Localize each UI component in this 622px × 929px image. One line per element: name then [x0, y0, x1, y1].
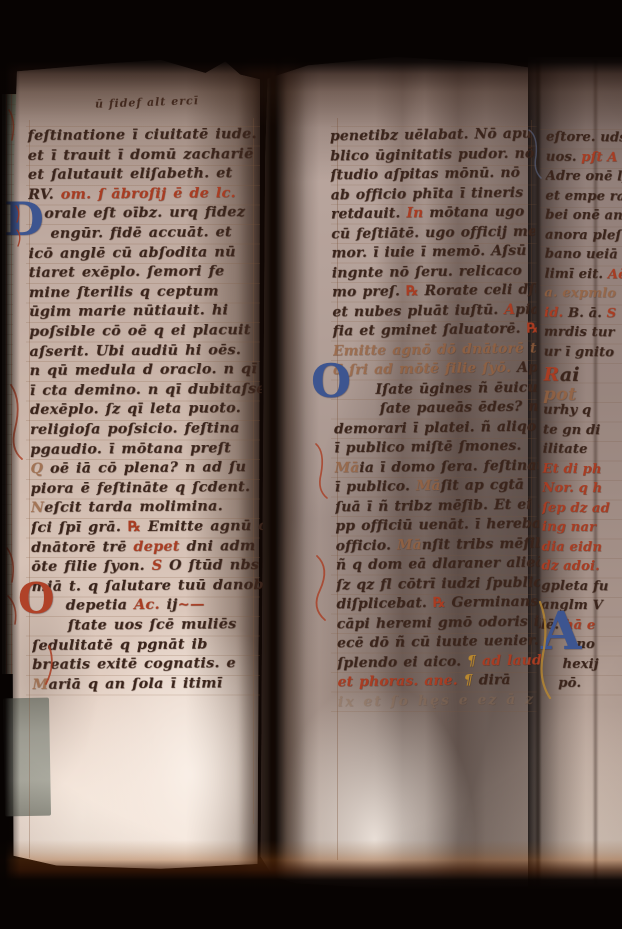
ruling-vertical-line — [531, 120, 532, 660]
text-segment: ad lauder — [476, 652, 542, 669]
text-segment: pgaudio. ī mōtana preſt — [30, 439, 231, 458]
manuscript-line: breatis exitē cognatis. e — [32, 654, 236, 673]
manuscript-line: blico ūginitatis pudor. nō — [330, 145, 534, 164]
text-segment: depetia — [66, 597, 135, 615]
manuscript-line: mrdis tur — [544, 325, 615, 341]
text-segment: penetibz uēlabat. Nō apu — [330, 126, 532, 145]
text-segment: A — [504, 301, 515, 317]
ruling-vertical-line — [253, 118, 254, 824]
text-segment: Iſate ūgines ñ ēuicur — [375, 379, 542, 397]
manuscript-line: ſep dz ad — [542, 500, 610, 516]
margin-flourish-red — [11, 385, 22, 459]
manuscript-photo: ū fidef alt ercī feſtinatione ī ciuitatē… — [0, 0, 622, 929]
manuscript-line: ſtudio aſpitas mōnū. nō — [330, 165, 520, 184]
text-segment: dz adoi. — [541, 559, 599, 575]
manuscript-line: id. B. ā. S — [544, 305, 616, 321]
manuscript-line: ſate paueās ēdes? nō — [380, 398, 543, 416]
text-segment: R — [543, 364, 560, 386]
text-segment: ℞ — [433, 595, 452, 611]
text-segment: lē. — [541, 617, 564, 632]
text-segment: aſserit. Ubi audiū hi oēs. — [29, 341, 241, 360]
manuscript-line: et empe rac — [545, 188, 622, 204]
manuscript-line: piora ē feſtināte q ſcdent. — [31, 478, 251, 497]
text-segment: nno — [567, 637, 595, 652]
manuscript-line: Mariā q an ſola ī itimī — [32, 674, 222, 693]
text-segment: ſci ſpī grā. — [31, 518, 128, 536]
manuscript-line: lē. hā e — [541, 617, 596, 633]
text-segment: ī cta demino. n qī dubitaſse — [30, 380, 265, 399]
text-segment: hexij — [562, 656, 598, 671]
text-segment: demorari ī platei. ñ aliqo — [334, 418, 536, 437]
manuscript-line: d ſri ad mōtē filie ſyō. Apiat — [333, 359, 542, 378]
text-segment: g — [618, 247, 622, 262]
ruling-vertical-line — [337, 118, 338, 860]
text-segment: poſsible cō oē q ei placuit — [29, 321, 251, 340]
manuscript-line: Nor. q h — [542, 481, 602, 497]
manuscript-line: orale eſt oībz. urq fidez — [44, 204, 245, 223]
manuscript-line: fia et gminet ſaluatorē. ℞ — [333, 321, 540, 340]
initial-penwork-red — [16, 206, 20, 246]
manuscript-line: pgaudio. ī mōtana preſt — [30, 439, 231, 458]
manuscript-line: retdauit. In mōtana ugo — [331, 204, 525, 223]
illuminated-initial: O — [18, 578, 55, 620]
text-segment: RV. — [28, 186, 61, 203]
text-segment: S — [152, 557, 170, 574]
right-page — [258, 57, 536, 890]
text-segment: et ſalutauit eliſabeth. et — [28, 164, 233, 183]
page-fold-crease — [536, 60, 540, 886]
text-segment: ſz qz fl cōtrī iudzi ſpublico — [336, 574, 542, 593]
manuscript-line: limī eit. Aē — [544, 266, 622, 282]
text-segment: Mā — [397, 537, 422, 553]
manuscript-line: depetia Ac. ij~— — [66, 596, 205, 614]
text-segment: id. — [544, 305, 568, 320]
text-segment: Germinans — [451, 594, 538, 611]
manuscript-line: poſsible cō oē q ei placuit — [29, 321, 251, 340]
text-segment: ℞ — [406, 283, 425, 299]
manuscript-line: hexij — [562, 656, 598, 671]
manuscript-line: bano ueiā g — [545, 247, 622, 263]
text-segment: bei onē an — [545, 208, 622, 224]
ruling-vertical-line — [29, 120, 30, 858]
text-segment: tiaret exēplo. ſemori fe — [29, 262, 225, 281]
margin-flourish-blue — [529, 130, 541, 178]
text-segment: mrdis tur — [544, 325, 615, 341]
running-header: ū fidef alt ercī — [95, 94, 199, 111]
text-segment: Nor. q h — [542, 481, 602, 497]
text-segment: dexēplo. ſz qī leta puoto. — [30, 400, 241, 419]
text-segment: ij — [166, 596, 177, 613]
manuscript-line: penetibz uēlabat. Nō apu — [330, 126, 532, 145]
margin-flourish-red — [9, 110, 13, 140]
manuscript-line: icō anglē cū abſodita nū — [28, 243, 235, 262]
text-segment: anora pleſ — [545, 227, 621, 243]
text-segment: ilitate — [543, 442, 588, 457]
text-segment: urhy q — [543, 403, 591, 419]
text-segment: n qū medula d oraclo. n qī — [30, 360, 258, 379]
manuscript-line: ab officio phīta ī tineris — [331, 184, 524, 203]
text-segment: ing nar — [542, 520, 596, 536]
text-segment: diſplicebat. — [336, 595, 433, 612]
manuscript-line: ix et ſo hęs e ez ā z ~ — [338, 691, 542, 710]
manuscript-line: bei onē an — [545, 208, 622, 224]
manuscript-line: ſuā ī ñ tribz mēſib. Et ei q — [335, 496, 542, 515]
margin-flourish-red — [7, 548, 16, 624]
text-segment: ſuā ī ñ tribz mēſib. Et ei q — [335, 496, 542, 515]
text-segment: Aē — [608, 267, 622, 282]
text-segment: mor. ī iuie ī memō. Aſsū — [331, 243, 526, 262]
text-segment: N — [31, 499, 45, 516]
text-segment: feſtinatione ī ciuitatē iude. — [27, 125, 256, 144]
text-segment: retdauit. — [331, 205, 407, 222]
text-segment: ¶ — [467, 653, 476, 669]
manuscript-line: mine ſterilis q ceptum — [29, 282, 219, 301]
text-segment: ingnte nō ſeru. relicaco — [332, 262, 522, 281]
text-segment: mo preſ. — [332, 283, 406, 300]
text-segment: ſplendo ei aico. — [337, 653, 467, 671]
manuscript-line: dia eidn — [542, 539, 603, 555]
manuscript-line: ōte filie ſyon. S O ſtūd nbs — [31, 556, 259, 575]
text-segment: Mā — [334, 460, 359, 476]
text-segment: mine ſterilis q ceptum — [29, 282, 219, 301]
manuscript-line: gpleta fu — [541, 578, 608, 594]
text-segment: ſedulitatē q pgnāt ib — [32, 635, 208, 654]
illuminated-initial: D — [4, 196, 44, 242]
text-segment: orale eſt oībz. urq fidez — [44, 204, 245, 223]
manuscript-line: n qū medula d oraclo. n qī — [30, 360, 258, 379]
text-segment: Apiat — [517, 359, 542, 376]
text-segment: In — [406, 205, 429, 221]
manuscript-line: cāpi heremi gmō odoris iſtē. q — [337, 612, 543, 631]
left-black-surround — [0, 0, 20, 929]
manuscript-line: et ſalutauit eliſabeth. et — [28, 164, 233, 183]
manuscript-line: ſtate uos ſcē muliēs — [68, 615, 237, 633]
manuscript-line: anglm V — [541, 598, 603, 614]
text-segment: dnātorē trē — [31, 538, 133, 556]
text-segment: ſit ap cgtā — [441, 477, 525, 494]
edge-page-text: eſtore. udsuos. pſt AAdre onē lſet empe … — [540, 130, 622, 711]
manuscript-line: et phoras. ane. ¶ dirā — [337, 672, 510, 690]
text-segment: om. ſ ābroſij ē de lc. — [61, 184, 236, 203]
text-segment: depet — [133, 537, 186, 554]
text-segment: Et di ph — [542, 461, 601, 477]
illuminated-initial: O — [311, 358, 351, 404]
manuscript-line: religioſa poſsicio. feſtina — [30, 419, 240, 438]
top-black-surround — [0, 0, 622, 130]
manuscript-line: tiaret exēplo. ſemori fe — [29, 262, 225, 281]
text-segment: piat — [515, 301, 542, 317]
text-segment: Q — [30, 460, 50, 477]
text-segment: ~— — [178, 596, 205, 613]
text-segment: piora ē feſtināte q ſcdent. — [31, 478, 251, 497]
text-segment: Emitte agnō dō dnātorē trē d pet — [333, 339, 542, 359]
text-segment: a. expmlo — [544, 286, 616, 302]
manuscript-line: ing nar — [542, 520, 596, 536]
pen-flourishes — [0, 0, 622, 929]
margin-flourish-red — [316, 556, 325, 620]
text-segment: Mā — [416, 478, 441, 494]
manuscript-line: demorari ī platei. ñ aliqo — [334, 418, 536, 437]
manuscript-line: pot — [543, 383, 576, 404]
manuscript-line: Rai — [543, 364, 579, 386]
manuscript-line: dz adoi. — [541, 559, 599, 575]
text-segment: te gn di — [543, 422, 601, 438]
manuscript-line: ur ī gnito — [544, 344, 615, 360]
text-segment: eſcit tarda molimina. — [44, 498, 223, 517]
left-page-text: feſtinatione ī ciuitatē iude.et ī trauit… — [27, 125, 264, 707]
text-segment: pſt A — [581, 149, 617, 164]
under-leaf-ruled-edge — [2, 94, 17, 674]
text-segment: et phoras. ane. — [337, 673, 463, 691]
text-segment: M — [32, 676, 48, 693]
manuscript-line: ñ q dom eā dlaraner alieā. — [336, 554, 542, 573]
manuscript-line: te gn di — [543, 422, 601, 438]
text-segment: anglm V — [541, 598, 603, 614]
manuscript-line: a. expmlo — [544, 286, 616, 302]
manuscript-line: miā t. q ſalutare tuū danob — [31, 576, 263, 595]
text-segment: ur ī gnito — [544, 344, 615, 360]
text-segment: ia ī domo ſera. feſtinat — [359, 457, 542, 476]
text-segment: O ſtūd nbs — [169, 556, 259, 574]
text-segment: ſate paueās ēdes? nō — [380, 398, 543, 416]
descender-flourish-red — [46, 646, 52, 684]
text-segment: et ī trauit ī domū zachariē — [28, 145, 254, 164]
text-segment: et nubes pluāt iuſtū. — [332, 302, 504, 320]
text-segment: d ſri ad mōtē filie ſyō. — [333, 360, 517, 379]
manuscript-line: Iſate ūgines ñ ēuicur — [375, 379, 542, 397]
bottom-black-surround — [0, 800, 622, 929]
manuscript-line: mo preſ. ℞ Rorate celi dſup — [332, 281, 542, 300]
left-page-ruling — [26, 126, 260, 698]
margin-flourish-red — [316, 444, 327, 498]
text-segment: cāpi heremi gmō odoris iſtē. q — [337, 612, 543, 631]
manuscript-line: ecē dō ñ cū iuute uenier. Et — [337, 632, 542, 651]
text-segment: ūgim marie nūtiauit. hi — [29, 302, 228, 321]
text-segment: fia et gminet ſaluatorē. — [333, 321, 527, 340]
right-page-text: penetibz uēlabat. Nō apublico ūginitatis… — [330, 126, 542, 729]
text-segment: S — [607, 306, 617, 321]
manuscript-line: anora pleſ — [545, 227, 621, 243]
text-segment: ī publico miſtē ſmones. — [334, 438, 521, 457]
manuscript-line: eſtore. uds — [546, 130, 622, 146]
text-segment: nſit tribs mēſibz — [422, 535, 543, 553]
gutter-shadow — [238, 54, 306, 900]
manuscript-line: Neſcit tarda molimina. — [31, 498, 223, 517]
manuscript-line: ī cta demino. n qī dubitaſse — [30, 380, 265, 399]
text-segment: pp officiū uenāt. ī herebat — [335, 515, 542, 534]
text-segment: Ac. — [134, 596, 167, 613]
text-segment: breatis exitē cognatis. e — [32, 654, 236, 673]
illuminated-initial: A — [541, 606, 581, 658]
text-segment: ix et ſo hęs e ez ā z ~ — [338, 691, 542, 710]
manuscript-line: Q oē iā cō plena? n ad ſu — [30, 458, 246, 477]
text-segment: ℞ — [128, 518, 148, 535]
edge-page — [528, 57, 622, 889]
text-segment: religioſa poſsicio. feſtina — [30, 419, 240, 438]
manuscript-line: pō. — [558, 676, 581, 691]
bookmark-tab — [3, 698, 51, 817]
manuscript-line: Adre onē lſ — [545, 169, 622, 185]
manuscript-line: ī publico miſtē ſmones. — [334, 438, 521, 457]
text-segment: bano ueiā — [545, 247, 618, 263]
text-segment: eſtore. uds — [546, 130, 622, 146]
text-segment: gpleta fu — [541, 578, 608, 594]
text-segment: miā t. q ſalutare tuū danob — [31, 576, 263, 595]
text-segment: ſep dz ad — [542, 500, 610, 516]
text-segment: cū feſtiātē. ugo officij me — [331, 223, 537, 242]
text-segment: ecē dō ñ cū iuute uenier. Et — [337, 632, 542, 651]
text-segment: ī publico. — [335, 478, 416, 495]
text-segment: ſtudio aſpitas mōnū. nō — [330, 165, 520, 184]
manuscript-line: urhy q — [543, 403, 591, 419]
right-page-ruling — [331, 126, 537, 718]
text-segment: B. ā. — [568, 305, 607, 320]
manuscript-line: et ī trauit ī domū zachariē — [28, 145, 254, 164]
manuscript-line: pp officiū uenāt. ī herebat — [335, 515, 542, 534]
text-segment: ſtate uos ſcē muliēs — [68, 615, 237, 633]
manuscript-line: aſserit. Ubi audiū hi oēs. — [29, 341, 241, 360]
text-segment: et empe rac — [545, 188, 622, 204]
text-segment: ōte filie ſyon. — [31, 557, 151, 575]
text-segment: ab officio phīta ī tineris — [331, 184, 524, 203]
text-segment: Rorate celi dſup — [424, 281, 542, 299]
text-segment: pō. — [558, 676, 581, 691]
manuscript-line: Et di ph — [542, 461, 601, 477]
manuscript-line: ilitate — [543, 442, 588, 457]
manuscript-line: cū feſtiātē. ugo officij me — [331, 223, 537, 242]
manuscript-line: ūgim marie nūtiauit. hi — [29, 302, 228, 321]
manuscript-line: ſz qz fl cōtrī iudzi ſpublico — [336, 574, 542, 593]
edge-page-ruling — [540, 129, 622, 704]
manuscript-line: nno — [567, 637, 595, 652]
initial-flourish-gold — [540, 602, 550, 698]
text-segment: ariā q an ſola ī itimī — [48, 674, 222, 693]
manuscript-line: et nubes pluāt iuſtū. Apiat — [332, 301, 542, 320]
manuscript-line: mor. ī iuie ī memō. Aſsū — [331, 243, 526, 262]
text-segment: oē iā cō plena? n ad ſu — [50, 458, 246, 477]
text-segment: icō anglē cū abſodita nū — [28, 243, 235, 262]
text-segment: uos. — [546, 149, 582, 164]
text-segment: mōtana ugo — [429, 204, 524, 221]
spine-crease — [270, 58, 276, 896]
manuscript-line: feſtinatione ī ciuitatē iude. — [27, 125, 256, 144]
text-segment: hā e — [564, 617, 596, 632]
manuscript-line: ſci ſpī grā. ℞ Emitte agnū cō — [31, 517, 265, 536]
text-segment: ñ q dom eā dlaraner alieā. — [336, 554, 542, 573]
text-segment: dni adm — [186, 537, 255, 555]
text-segment: limī eit. — [544, 266, 607, 282]
text-segment: blico ūginitatis pudor. nō — [330, 145, 534, 164]
text-segment: engūr. fidē accuāt. et — [50, 223, 232, 242]
page-fold-crease — [594, 60, 597, 884]
text-segment: ¶ — [464, 672, 479, 688]
manuscript-line: ingnte nō ſeru. relicaco — [332, 262, 522, 281]
manuscript-line: engūr. fidē accuāt. et — [50, 223, 232, 242]
text-segment: pot — [543, 383, 576, 404]
text-segment: officio. — [336, 537, 398, 554]
manuscript-line: ī publico. Māſit ap cgtā — [335, 477, 524, 496]
left-page — [12, 60, 260, 872]
text-segment: ai — [560, 364, 580, 386]
manuscript-line: dnātorē trē depet dni adm — [31, 537, 255, 556]
text-segment: dia eidn — [542, 539, 603, 555]
manuscript-line: dexēplo. ſz qī leta puoto. — [30, 400, 241, 419]
manuscript-line: RV. om. ſ ābroſij ē de lc. — [28, 184, 236, 203]
manuscript-line: Māia ī domo ſera. feſtinat — [334, 457, 542, 476]
manuscript-line: officio. Mānſit tribs mēſibz — [336, 535, 543, 554]
manuscript-line: uos. pſt A — [546, 149, 618, 165]
text-segment: dirā — [479, 672, 511, 688]
manuscript-line: ſplendo ei aico. ¶ ad lauder — [337, 652, 542, 671]
manuscript-line: diſplicebat. ℞ Germinans — [336, 594, 538, 613]
text-segment: ℞ — [526, 321, 539, 337]
text-segment: Adre onē lſ — [545, 169, 622, 185]
manuscript-line: ſedulitatē q pgnāt ib — [32, 635, 208, 654]
photo-vignette — [0, 0, 622, 929]
manuscript-line: Emitte agnō dō dnātorē trē d pet — [333, 339, 542, 359]
text-segment: Emitte agnū cō — [148, 517, 265, 535]
